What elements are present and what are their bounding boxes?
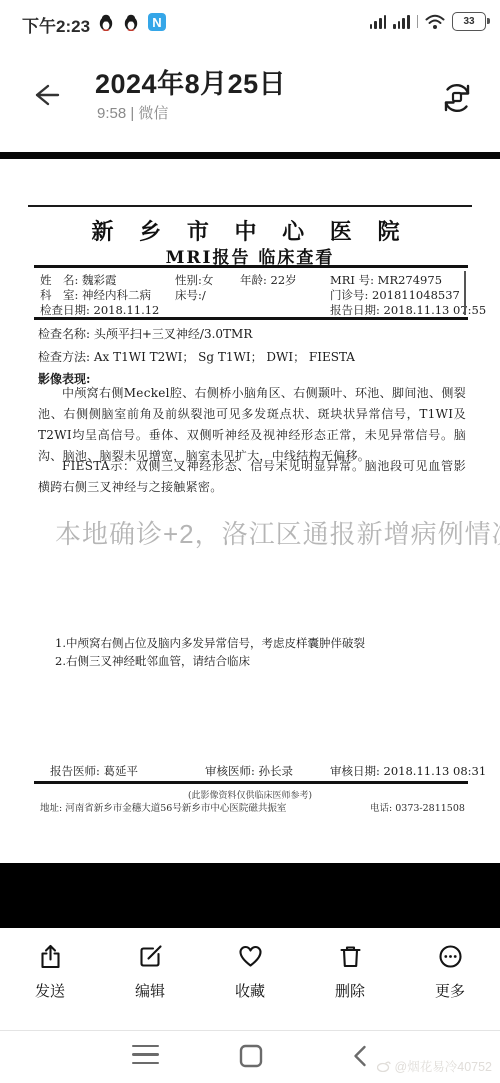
gallery-header: 2024年8月25日 9:58 | 微信 (0, 46, 500, 152)
send-label: 发送 (35, 980, 65, 1001)
more-label: 更多 (435, 980, 465, 1001)
document-top-rule (28, 205, 472, 207)
news-watermark-text: 本地确诊+2，洛江区通报新增病例情况 (55, 514, 500, 551)
signal-icon-sim2 (393, 14, 409, 29)
impression-item-2: 2.右侧三叉神经毗邻血管，请结合临床 (55, 653, 250, 669)
n-app-notification-icon: N (148, 13, 166, 31)
notification-icons: N (98, 13, 166, 31)
favorite-label: 收藏 (235, 980, 265, 1001)
bed-number: 床号:/ (175, 287, 206, 303)
mri-number: MRI 号: MR274975 (330, 272, 442, 288)
findings-paragraph-1: 中颅窝右侧Meckel腔、右侧桥小脑角区、右侧颞叶、环池、脚间池、侧裂池、右侧侧… (38, 383, 466, 467)
favorite-button[interactable]: 收藏 (200, 928, 300, 1030)
hospital-address: 地址: 河南省新乡市金穗大道56号新乡市中心医院磁共振室 (40, 800, 286, 814)
mri-report-document: 新 乡 市 中 心 医 院 MRI报告 临床查看 姓 名: 魏彩霞 性别:女 年… (0, 159, 500, 863)
department: 科 室: 神经内科二病 (40, 287, 151, 303)
edit-label: 编辑 (135, 980, 165, 1001)
screen: 下午2:23 N (0, 0, 500, 1083)
delete-button[interactable]: 删除 (300, 928, 400, 1030)
edit-button[interactable]: 编辑 (100, 928, 200, 1030)
weibo-credit: @烟花易冷40752 (377, 1057, 492, 1075)
patient-age: 年龄: 22岁 (240, 272, 297, 288)
signal-icon-sim1 (370, 14, 386, 29)
review-date: 审核日期: 2018.11.13 08:31 (330, 763, 486, 779)
exam-date: 检查日期: 2018.11.12 (40, 302, 159, 318)
outpatient-number: 门诊号: 201811048537 (330, 287, 460, 303)
photo-top-edge (0, 152, 500, 159)
delete-label: 删除 (335, 980, 365, 1001)
hospital-name: 新 乡 市 中 心 医 院 (0, 215, 500, 246)
hospital-phone: 电话: 0373-2811508 (370, 800, 465, 814)
patient-gender: 性别:女 (175, 272, 213, 288)
trash-icon (337, 943, 364, 970)
weibo-icon (377, 1060, 391, 1072)
qq-notification-icon (98, 14, 114, 31)
report-doctor: 报告医师: 葛延平 (50, 763, 138, 779)
back-icon[interactable] (348, 1043, 374, 1069)
battery-level: 33 (463, 16, 474, 27)
system-nav-bar: @烟花易冷40752 (0, 1030, 500, 1083)
rule (34, 265, 468, 268)
home-icon[interactable] (238, 1043, 264, 1069)
photo-bottom-letterbox (0, 863, 500, 928)
battery-icon: 33 (452, 12, 486, 31)
rotate-button[interactable] (440, 80, 474, 114)
photo-view[interactable]: 新 乡 市 中 心 医 院 MRI报告 临床查看 姓 名: 魏彩霞 性别:女 年… (0, 159, 500, 863)
menu-icon[interactable] (132, 1045, 159, 1069)
rule (34, 317, 468, 320)
clock: 下午2:23 (22, 12, 90, 37)
page-title: 2024年8月25日 (95, 62, 286, 101)
qq-notification-icon (123, 14, 139, 31)
exam-method: 检查方法: Ax T1WI T2WI； Sg T1WI； DWI； FIESTA (38, 348, 355, 365)
rule (34, 781, 468, 784)
wifi-icon (425, 14, 445, 30)
patient-name: 姓 名: 魏彩霞 (40, 272, 117, 288)
share-icon (37, 943, 64, 970)
more-button[interactable]: 更多 (400, 928, 500, 1030)
signal-divider (417, 15, 419, 28)
review-doctor: 审核医师: 孙长录 (205, 763, 293, 779)
findings-paragraph-2: FIESTA示：双侧三叉神经形态、信号未见明显异常。脑池段可见血管影横跨右侧三叉… (38, 456, 466, 498)
weibo-credit-text: @烟花易冷40752 (395, 1057, 492, 1075)
report-date: 报告日期: 2018.11.13 07:55 (330, 302, 486, 318)
status-icons: 33 (370, 12, 486, 31)
send-button[interactable]: 发送 (0, 928, 100, 1030)
back-button[interactable] (28, 78, 62, 112)
edit-icon (137, 943, 164, 970)
table-right-border (464, 271, 466, 315)
photo-meta: 9:58 | 微信 (97, 102, 168, 123)
heart-icon (237, 943, 264, 970)
exam-name: 检查名称: 头颅平扫+三叉神经/3.0TMR (38, 325, 252, 342)
action-toolbar: 发送 编辑 收藏 删除 (0, 928, 500, 1030)
impression-item-1: 1.中颅窝右侧占位及脑内多发异常信号，考虑皮样囊肿伴破裂 (55, 635, 365, 651)
status-bar: 下午2:23 N (0, 0, 500, 46)
more-icon (437, 943, 464, 970)
